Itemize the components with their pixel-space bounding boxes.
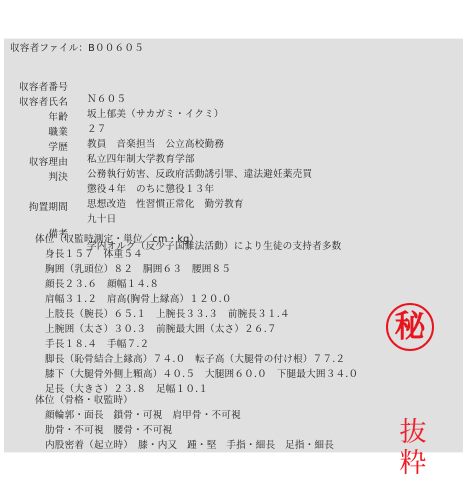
measure-line: 肩幅３１.２ 肩高(胸骨上縁高）１２０.０ (45, 294, 232, 306)
label: 拘置期間 (6, 202, 68, 214)
skeleton-line: 顔輪郭・面長 鎖骨・可視 肩甲骨・不可視 (45, 410, 241, 422)
measure-line: 顔長２３.６ 顔幅１４.８ (45, 279, 159, 291)
section-title: 体位（骨格・収監時） (35, 395, 133, 407)
file-header: 収容者ファイル：B００６０５ (10, 43, 144, 55)
measure-line: 上腕囲（太さ）３０.３ 前腕最大囲（太さ）２６.７ (45, 324, 277, 336)
skeleton-line: 内股密着（起立時） 膝・内又 踵・堅 手指・細長 足指・細長 (45, 440, 334, 452)
measure-line: 脚長（恥骨結合上縁高）７４.０ 転子高（大腿骨の付け根）７７.２ (45, 354, 345, 366)
measure-line: 胸囲（乳頭位）８２ 胴囲６３ 腰囲８５ (45, 264, 231, 276)
measure-line: 手長１８.４ 手幅７.２ (45, 339, 149, 351)
confidential-stamp-icon: 秘 (386, 303, 434, 351)
skeleton-line: 肋骨・不可視 腰骨・不可視 (45, 425, 172, 437)
measure-line: 上肢長（腕長）６５.１ 上腕長３３.３ 前腕長３１.４ (45, 309, 290, 321)
section-title: 体位（収監時測定・単位／cm・kg） (35, 234, 199, 246)
measure-line: 膝下（大腿骨外側上顆高）４０.５ 大腿囲６０.０ 下腿最大囲３４.０ (45, 369, 358, 381)
extract-mark: 抜 粋 (398, 417, 428, 479)
measure-line: 身長１５７ 体重５４ (45, 249, 143, 261)
extract-char: 抜 (398, 417, 428, 448)
extract-char: 粋 (398, 448, 428, 479)
